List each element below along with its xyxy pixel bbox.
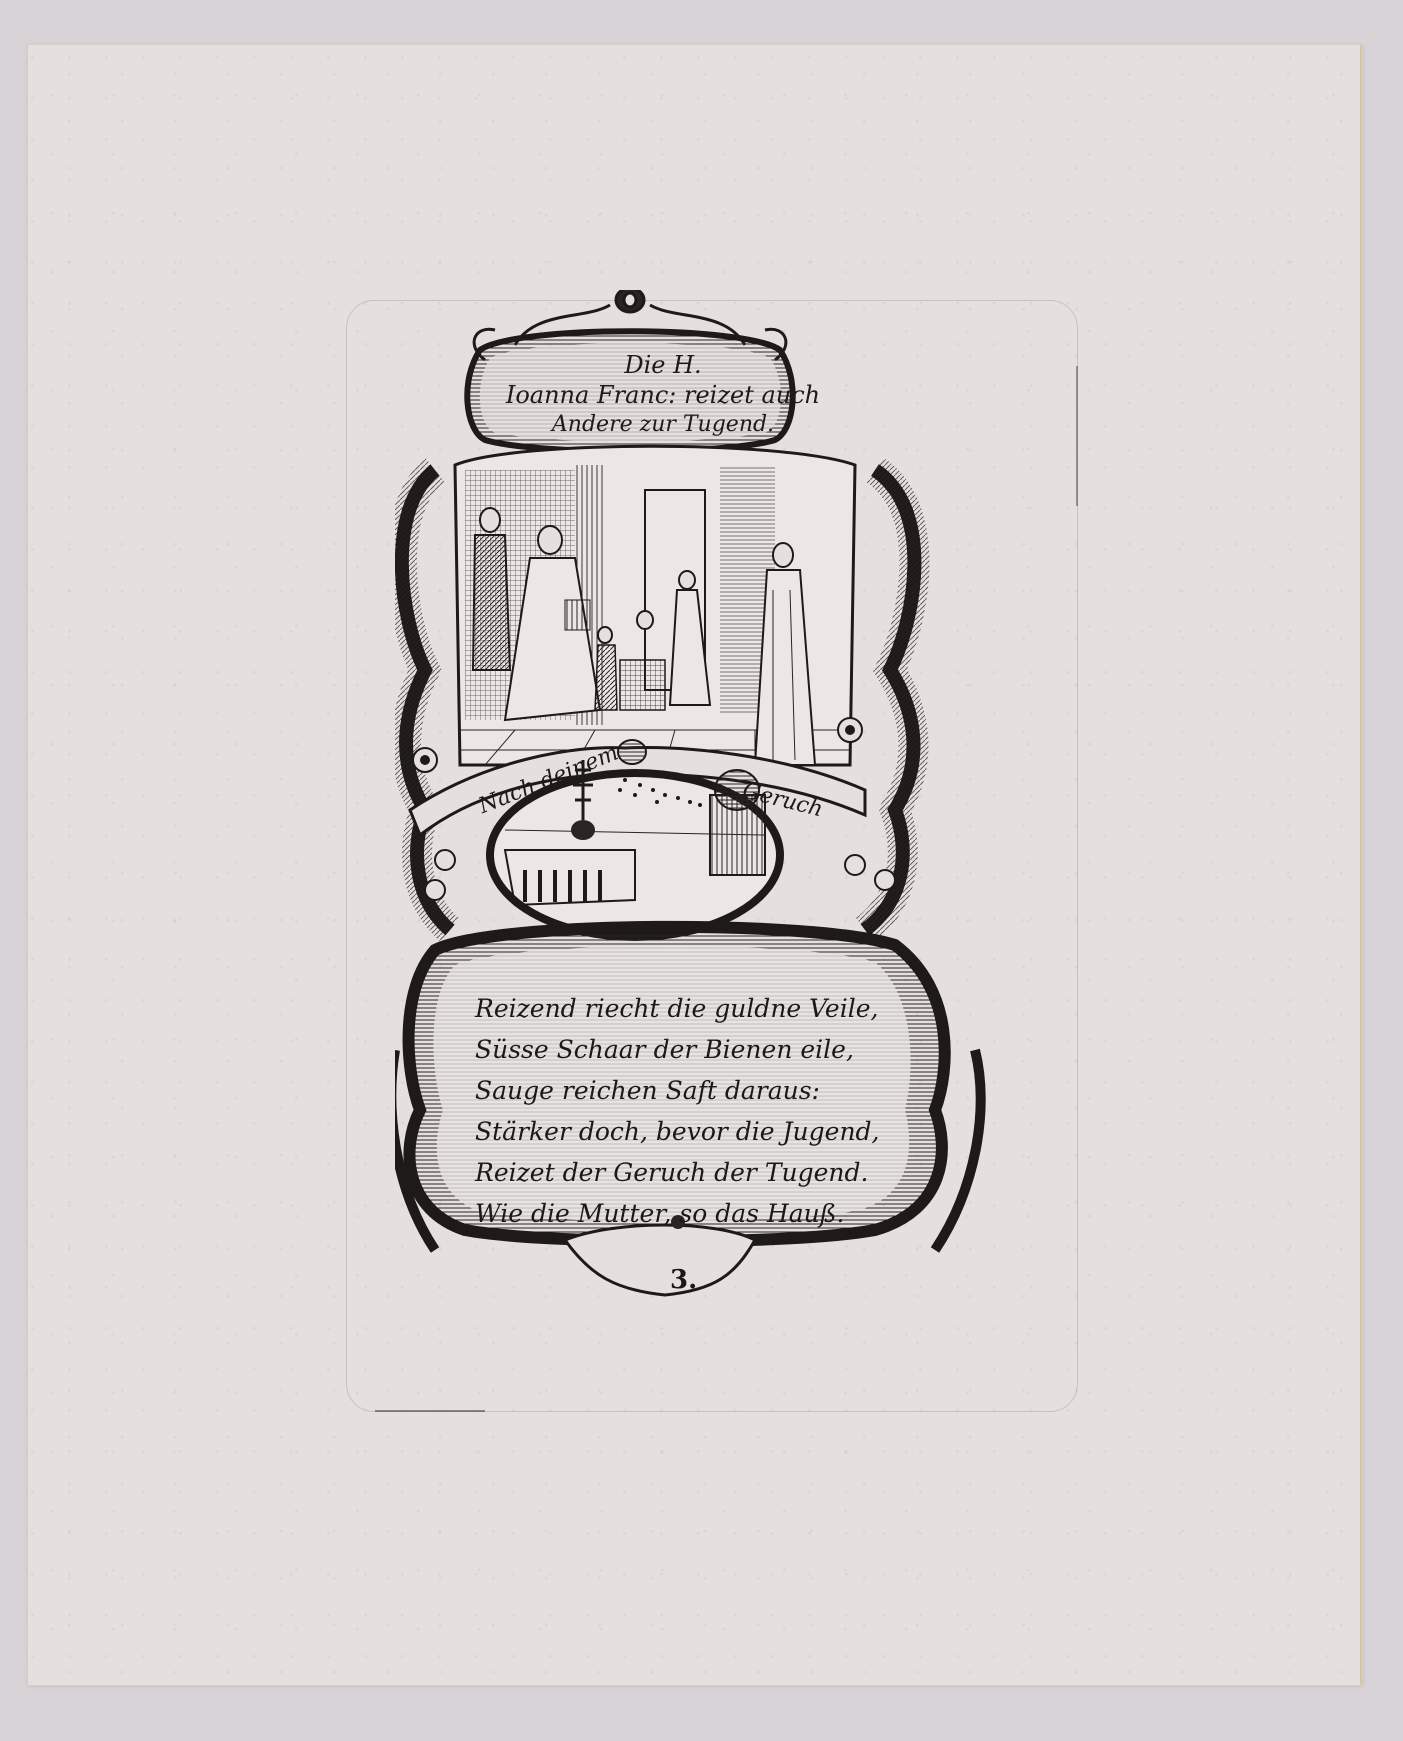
title-cartouche: Die H. Ioanna Franc: reizet auch Andere … [493,350,833,468]
verse-line: Stärker doch, bevor die Jugend, [475,1111,945,1152]
plate-number: 3. [670,1265,697,1295]
verse-line: Reizet der Geruch der Tugend. [475,1152,945,1193]
verse-text: Reizend riecht die guldne Veile, Süsse S… [475,988,945,1234]
title-line-2: Ioanna Franc: reizet auch [493,380,833,410]
plate-mark-line-right [1076,366,1078,506]
verse-line: Wie die Mutter, so das Hauß. [475,1193,945,1234]
verse-line: Süsse Schaar der Bienen eile, [475,1029,945,1070]
plate-mark-line-bottom [375,1410,485,1412]
title-line-1: Die H. [493,350,833,380]
verse-line: Reizend riecht die guldne Veile, [475,988,945,1029]
verse-line: Sauge reichen Saft daraus: [475,1070,945,1111]
upper-scene-interior [455,446,855,765]
title-line-3: Andere zur Tugend. [493,410,833,440]
bottom-shell [565,1225,755,1295]
engraving: Die H. Ioanna Franc: reizet auch Andere … [395,290,1010,1300]
